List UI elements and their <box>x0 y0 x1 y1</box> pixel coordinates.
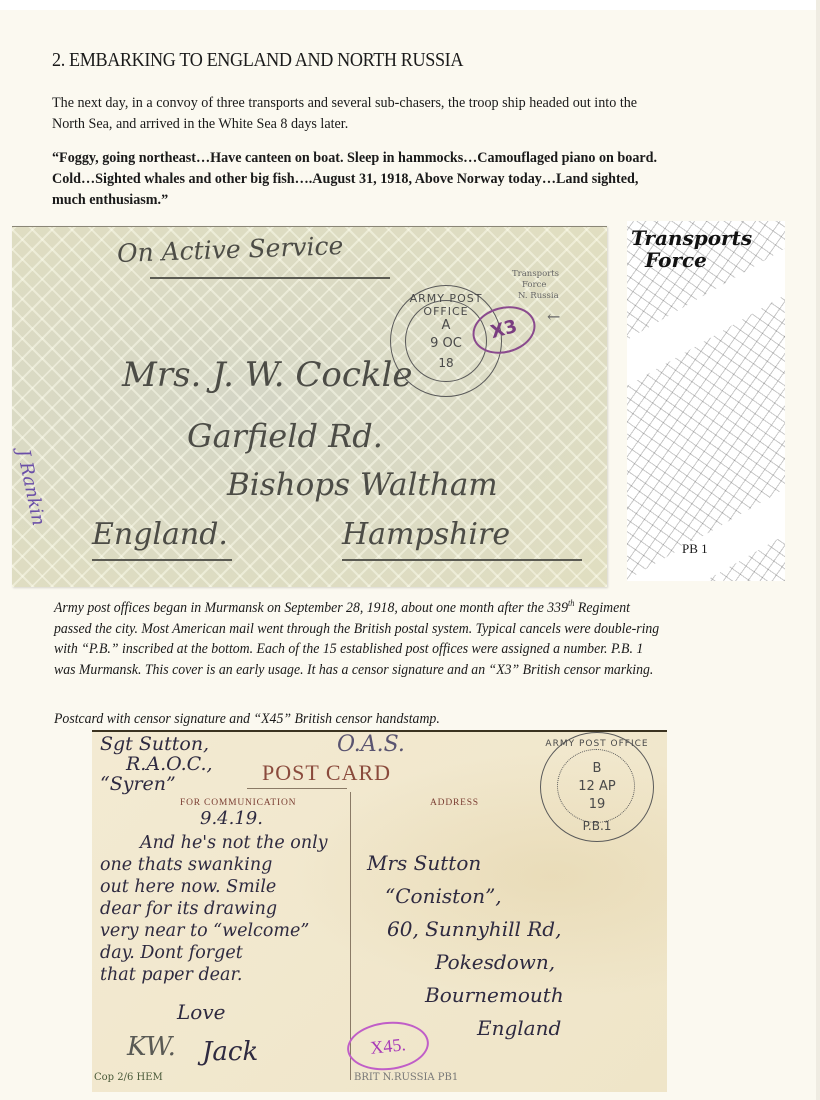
photocopy-band <box>627 469 785 581</box>
recipient-address: Mrs Sutton “Coniston”, 60, Sunnyhill Rd,… <box>367 847 564 1045</box>
message-line: very near to “welcome” <box>100 920 328 942</box>
photocopy-handwriting-line: Transports <box>631 227 752 249</box>
photocopy-pb1-label: PB 1 <box>682 541 708 557</box>
sender-line: Sgt Sutton, <box>100 734 213 754</box>
address-underline <box>92 559 232 561</box>
censor-signature: J Rankin <box>12 447 49 527</box>
message-line: And he's not the only <box>100 832 328 854</box>
cancel-date: 12 AP <box>541 779 653 794</box>
endorsement-text: On Active Service <box>117 231 344 268</box>
oas-marking: O.A.S. <box>337 732 405 757</box>
recipient-line: Bournemouth <box>367 979 564 1012</box>
cancel-year: 19 <box>541 797 653 812</box>
postcard-heading: POST CARD <box>262 760 391 786</box>
message-closing: Love <box>177 1000 225 1024</box>
photocopy-handwriting-line: Force <box>631 249 752 271</box>
message-line: dear for its drawing <box>100 898 328 920</box>
message-line: day. Dont forget <box>100 942 328 964</box>
address-underline <box>342 559 582 561</box>
top-edge <box>0 0 820 10</box>
pencil-note-line: N. Russia <box>512 291 559 302</box>
cancel-ring-text: ARMY POST OFFICE <box>541 739 653 749</box>
message-line: out here now. Smile <box>100 876 328 898</box>
intro-paragraph: The next day, in a convoy of three trans… <box>52 92 647 134</box>
postcard-heading-text: POST CARD <box>262 760 391 785</box>
recipient-line: Mrs Sutton <box>367 847 564 880</box>
pencil-note-line: Transports <box>512 269 559 280</box>
address-line-5: Hampshire <box>342 517 510 552</box>
message-body: And he's not the only one thats swanking… <box>100 832 328 986</box>
pencil-arrow-icon: ← <box>547 307 560 326</box>
endorsement-underline <box>150 277 390 279</box>
censor-initials: KW. <box>127 1032 176 1062</box>
censor-x45-handstamp: X45. <box>345 1018 432 1074</box>
envelope-cover: On Active Service ARMY POST OFFICE A 9 O… <box>12 226 607 587</box>
address-line-3: Bishops Waltham <box>227 467 498 503</box>
pencil-note-line: Force <box>512 280 559 291</box>
diary-quote: “Foggy, going northeast…Have canteen on … <box>52 147 666 210</box>
address-label: ADDRESS <box>430 798 479 808</box>
postcard: POST CARD FOR COMMUNICATION ADDRESS Sgt … <box>92 730 667 1092</box>
pencil-note: Transports Force N. Russia <box>512 269 559 302</box>
sender-line: “Syren” <box>100 774 213 794</box>
recipient-line: “Coniston”, <box>367 880 564 913</box>
message-line: one thats swanking <box>100 854 328 876</box>
cancel-letter: B <box>541 761 653 776</box>
cancel-bottom: P.B.1 <box>541 819 653 833</box>
caption-text: Army post offices began in Murmansk on S… <box>54 600 568 616</box>
photocopy-handwriting: Transports Force <box>631 227 752 271</box>
message-date: 9.4.19. <box>200 808 263 829</box>
army-post-office-cancel: ARMY POST OFFICE B 12 AP 19 P.B.1 <box>540 732 654 842</box>
sender-block: Sgt Sutton, R.A.O.C., “Syren” <box>100 734 213 794</box>
address-line-4: England. <box>92 517 228 552</box>
address-line-1: Mrs. J. W. Cockle <box>122 355 412 395</box>
message-line: that paper dear. <box>100 964 328 986</box>
recipient-line: Pokesdown, <box>367 946 564 979</box>
for-communication-label: FOR COMMUNICATION <box>180 798 296 808</box>
pencil-note: Cop 2/6 HEM <box>94 1072 163 1083</box>
pencil-footer: BRIT N.RUSSIA PB1 <box>354 1072 458 1083</box>
cover-caption: Army post offices began in Murmansk on S… <box>54 593 661 680</box>
address-line-2: Garfield Rd. <box>187 417 383 455</box>
censor-x45-text: X45. <box>347 1020 429 1072</box>
postcard-heading-rule <box>247 788 347 789</box>
sender-line: R.A.O.C., <box>100 754 213 774</box>
message-signature: Jack <box>202 1037 258 1067</box>
right-edge <box>816 0 820 1100</box>
postcard-caption: Postcard with censor signature and “X45”… <box>54 711 440 728</box>
page-title: 2. EMBARKING TO ENGLAND AND NORTH RUSSIA <box>52 50 463 72</box>
cancel-photocopy-enlargement: Transports Force PB 1 <box>627 221 785 581</box>
recipient-line: 60, Sunnyhill Rd, <box>367 913 564 946</box>
